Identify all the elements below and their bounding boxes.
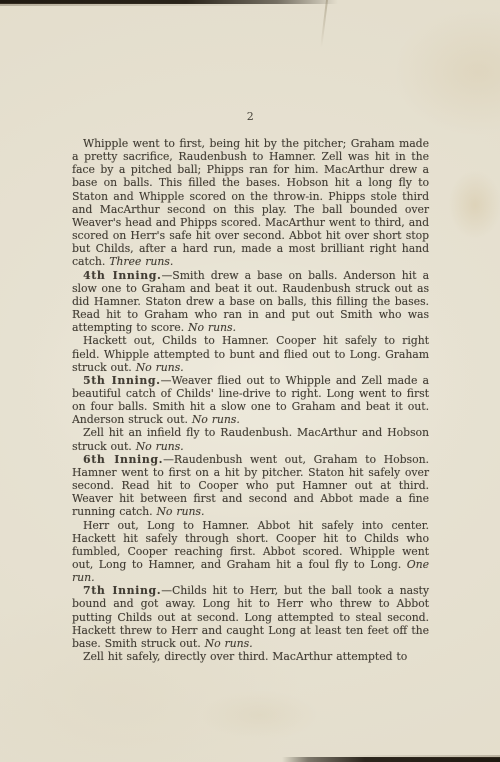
scan-bottom-edge-haze <box>310 755 500 758</box>
page-text: Whipple went to first, being hit by the … <box>72 137 429 663</box>
paper-stain <box>200 690 320 740</box>
inning-heading: 7th Inning. <box>83 584 161 597</box>
paragraph: 6th Inning.—Raudenbush went out, Graham … <box>72 453 429 519</box>
paragraph: Zell hit safely, directly over third. Ma… <box>72 650 429 663</box>
runs-note: Three runs. <box>109 255 173 268</box>
runs-note: No runs. <box>188 321 236 334</box>
runs-note: No runs. <box>156 505 204 518</box>
runs-note: One run. <box>72 558 429 584</box>
inning-heading: 4th Inning. <box>83 269 162 282</box>
inning-heading: 5th Inning. <box>83 374 161 387</box>
page-number: 2 <box>72 110 429 123</box>
runs-note: No runs. <box>192 413 240 426</box>
scanned-book-page: { "document": { "page_number": "2", "par… <box>0 0 500 762</box>
paper-crease <box>320 0 328 48</box>
paragraph: Herr out, Long to Hamner. Abbot hit safe… <box>72 519 429 585</box>
runs-note: No runs. <box>205 637 253 650</box>
runs-note: No runs. <box>136 361 184 374</box>
paragraph: Zell hit an infield fly to Raudenbush. M… <box>72 426 429 452</box>
inning-heading: 6th Inning. <box>83 453 163 466</box>
paragraph: Hackett out, Childs to Hamner. Cooper hi… <box>72 334 429 373</box>
paragraph: 5th Inning.—Weaver flied out to Whipple … <box>72 374 429 427</box>
paper-stain <box>448 170 500 240</box>
scan-top-edge-haze <box>0 3 300 6</box>
paragraph: 7th Inning.—Childs hit to Herr, but the … <box>72 584 429 650</box>
runs-note: No runs. <box>136 440 184 453</box>
paragraph: 4th Inning.—Smith drew a base on balls. … <box>72 269 429 335</box>
paragraph: Whipple went to first, being hit by the … <box>72 137 429 269</box>
